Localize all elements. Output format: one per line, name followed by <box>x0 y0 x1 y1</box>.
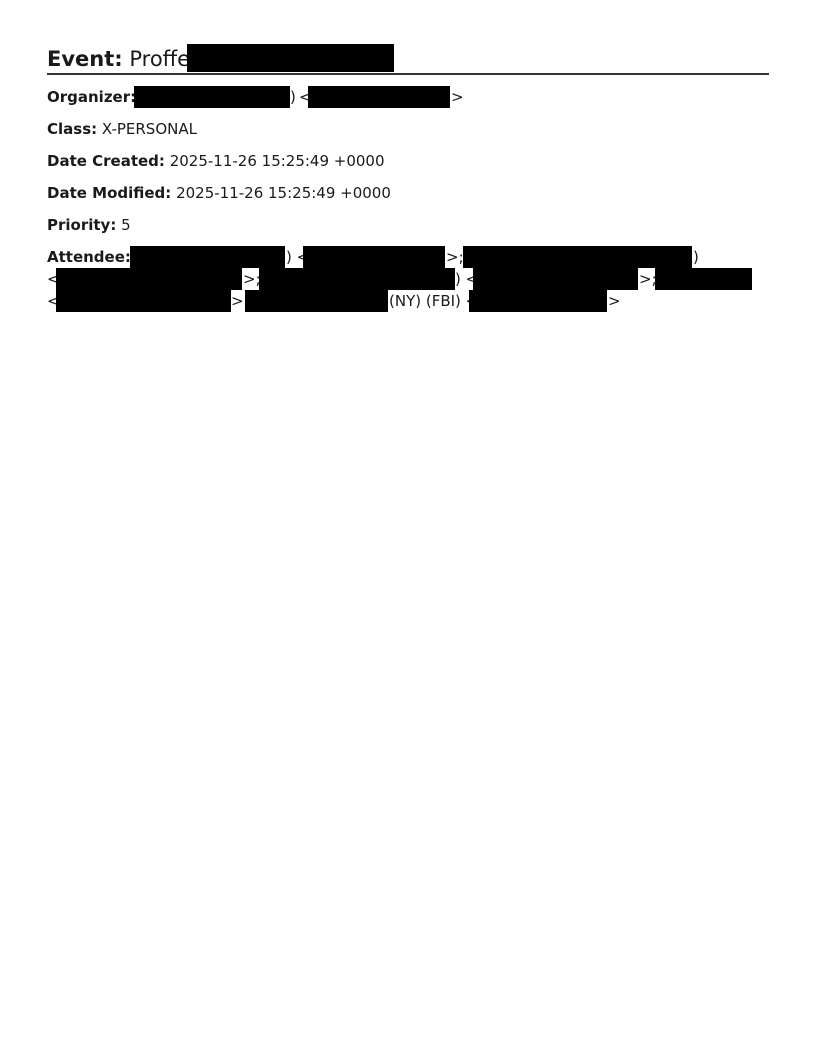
organizer-label: Organizer: <box>47 88 136 106</box>
attendee-fragment: (NY) (FBI) < <box>389 290 478 312</box>
organizer-fragment: > <box>451 86 464 108</box>
organizer-row: Organizer: <box>47 86 136 108</box>
event-label: Event: <box>47 47 123 71</box>
title-divider <box>47 73 769 75</box>
attendee-fragment: ) <box>693 246 699 268</box>
redaction-box <box>308 86 450 108</box>
redaction-box <box>130 246 285 268</box>
attendee-label: Attendee: <box>47 248 131 266</box>
date-created-row: Date Created: 2025-11-26 15:25:49 +0000 <box>47 150 385 172</box>
priority-label: Priority: <box>47 216 116 234</box>
date-modified-row: Date Modified: 2025-11-26 15:25:49 +0000 <box>47 182 391 204</box>
redaction-box <box>56 290 231 312</box>
attendee-row: Attendee: <box>47 246 131 268</box>
redaction-box <box>473 268 638 290</box>
redaction-box <box>303 246 445 268</box>
date-modified-value: 2025-11-26 15:25:49 +0000 <box>176 184 391 202</box>
redaction-box <box>134 86 290 108</box>
redaction-box <box>56 268 242 290</box>
attendee-fragment: >; <box>639 268 657 290</box>
redaction-box <box>187 44 394 72</box>
redaction-box <box>469 290 607 312</box>
redaction-box <box>245 290 388 312</box>
class-value: X-PERSONAL <box>102 120 197 138</box>
date-created-value: 2025-11-26 15:25:49 +0000 <box>170 152 385 170</box>
date-modified-label: Date Modified: <box>47 184 171 202</box>
redaction-box <box>463 246 692 268</box>
attendee-fragment: > <box>608 290 621 312</box>
date-created-label: Date Created: <box>47 152 165 170</box>
redaction-box <box>259 268 455 290</box>
attendee-fragment: >; <box>446 246 464 268</box>
priority-value: 5 <box>121 216 131 234</box>
priority-row: Priority: 5 <box>47 214 131 236</box>
event-title: Event: Proffer: <box>47 44 205 74</box>
organizer-fragment: ) <box>290 86 296 108</box>
class-row: Class: X-PERSONAL <box>47 118 197 140</box>
attendee-fragment: >; <box>243 268 261 290</box>
class-label: Class: <box>47 120 97 138</box>
redaction-box <box>655 268 752 290</box>
